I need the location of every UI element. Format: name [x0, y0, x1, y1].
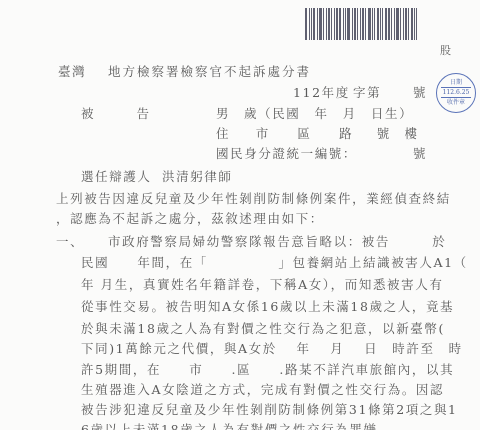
case-word: 字第 — [353, 85, 381, 101]
stamp-line-3: 收件章 — [441, 98, 471, 107]
section-line: 下同)1萬餘元之代價，與A女於 年 月 日 時許至 時 — [81, 341, 463, 357]
defendant-label: 被 告 — [81, 106, 155, 122]
counsel-label: 選任辯護人 — [81, 169, 152, 185]
id-label: 國民身分證統一編號： — [216, 146, 357, 162]
division-mark: 股 — [440, 43, 453, 59]
case-year: 112年度 — [293, 85, 350, 101]
received-stamp: 日期 112.6.25 收件章 — [436, 73, 476, 113]
section-line: 年 月生，真實姓名年籍詳卷，下稱A女），而知悉被害人有 — [81, 277, 443, 293]
defendant-birth: 歲（民國 年 月 日生） — [244, 106, 413, 122]
section-line: 生殖器進入A女陰道之方式，完成有對價之性交行為。因認 — [81, 382, 444, 398]
section-line: 市政府警察局婦幼警察隊報告意旨略以：被告 於 — [108, 234, 446, 250]
defendant-gender: 男 — [216, 106, 230, 122]
stamp-line-2: 112.6.25 — [441, 87, 471, 98]
section-marker: 一、 — [56, 234, 84, 250]
address-part: 市 — [256, 126, 270, 141]
section-line: 被告涉犯違反兒童及少年性剝削防制條例第31條第2項之與1 — [81, 402, 458, 418]
section-line: 於與未滿18歲之人為有對價之性交行為之犯意，以新臺幣( — [81, 321, 445, 337]
address-part: 區 — [297, 126, 311, 141]
case-suffix: 號 — [413, 85, 427, 101]
barcode — [305, 8, 453, 40]
section-line: 許5期間，在 市 .區 .路某不詳汽車旅館內，以其 — [81, 362, 454, 378]
address-part: 住 — [216, 126, 230, 141]
address-part: 路 — [339, 126, 353, 141]
section-line: 6歲以上未滿18歲之人為有對價之性交行為罪嫌。 — [81, 422, 392, 430]
document-title: 地方檢察署檢察官不起訴處分書 — [108, 64, 311, 80]
id-suffix: 號 — [413, 146, 427, 162]
address-part: 號 — [377, 126, 391, 141]
address-part: 樓 — [404, 126, 418, 141]
defendant-address: 住 市 區 路 號 樓 — [216, 126, 419, 142]
intro-line: ，認應為不起訴之處分，茲敘述理由如下： — [56, 211, 324, 227]
section-line: 從事性交易。被告明知A女係16歲以上未滿18歲之人，竟基 — [81, 299, 454, 315]
stamp-line-1: 日期 — [441, 78, 471, 87]
intro-line: 上列被告因違反兒童及少年性剝削防制條例案件，業經偵查終結 — [56, 191, 451, 207]
counsel-name: 洪清躬律師 — [162, 169, 233, 185]
title-region: 臺灣 — [58, 64, 86, 80]
section-line: 民國 年間，在「 」包養網站上結識被害人A1（ — [81, 255, 468, 271]
